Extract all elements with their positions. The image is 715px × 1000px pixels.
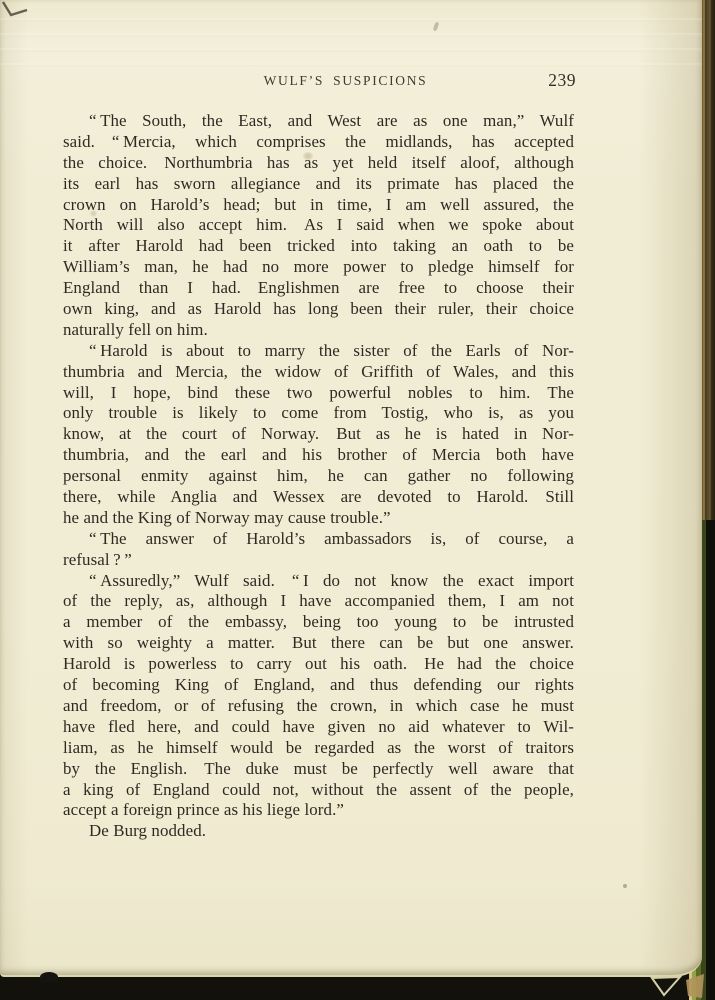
text-line: liam, as he himself would be regarded as… bbox=[63, 738, 574, 759]
text-line: “ Assuredly,” Wulf said. “ I do not know… bbox=[63, 571, 574, 592]
text-line: its earl has sworn allegiance and its pr… bbox=[63, 174, 574, 195]
page-corner-fold bbox=[630, 950, 715, 1000]
text-line: thumbria and Mercia, the widow of Griffi… bbox=[63, 362, 574, 383]
text-line: it after Harold had been tricked into ta… bbox=[63, 236, 574, 257]
text-line: personal enmity against him, he can gath… bbox=[63, 466, 574, 487]
text-line: “ The South, the East, and West are as o… bbox=[63, 111, 574, 132]
text-line: and freedom, or of refusing the crown, i… bbox=[63, 696, 574, 717]
text-line: De Burg nodded. bbox=[63, 821, 574, 842]
text-line: only trouble is likely to come from Tost… bbox=[63, 403, 574, 424]
text-line: of becoming King of England, and thus de… bbox=[63, 675, 574, 696]
text-block: “ The South, the East, and West are as o… bbox=[63, 111, 574, 842]
text-line: “ Harold is about to marry the sister of… bbox=[63, 341, 574, 362]
text-line: will, I hope, bind these two powerful no… bbox=[63, 383, 574, 404]
text-line: own king, and as Harold has long been th… bbox=[63, 299, 574, 320]
scan-smudge bbox=[623, 884, 627, 888]
running-title: WULF’S SUSPICIONS bbox=[264, 73, 428, 89]
text-line: of the reply, as, although I have accomp… bbox=[63, 591, 574, 612]
text-line: crown on Harold’s head; but in time, I a… bbox=[63, 195, 574, 216]
text-line: naturally fell on him. bbox=[63, 320, 574, 341]
text-line: a king of England could not, without the… bbox=[63, 780, 574, 801]
text-line: said. “ Mercia, which comprises the midl… bbox=[63, 132, 574, 153]
text-line: accept a foreign prince as his liege lor… bbox=[63, 800, 574, 821]
bottom-edge-notch bbox=[40, 972, 58, 982]
text-line: thumbria, and the earl and his brother o… bbox=[63, 445, 574, 466]
page-header: WULF’S SUSPICIONS 239 bbox=[63, 70, 576, 94]
page-number: 239 bbox=[548, 70, 576, 91]
text-line: the choice. Northumbria has as yet held … bbox=[63, 153, 574, 174]
scan-smudge bbox=[433, 22, 440, 32]
text-line: with so weighty a matter. But there can … bbox=[63, 633, 574, 654]
book-page: WULF’S SUSPICIONS 239 “ The South, the E… bbox=[0, 0, 702, 977]
corner-scan-artifact bbox=[0, 0, 34, 22]
text-line: a member of the embassy, being too young… bbox=[63, 612, 574, 633]
text-line: William’s man, he had no more power to p… bbox=[63, 257, 574, 278]
text-line: know, at the court of Norway. But as he … bbox=[63, 424, 574, 445]
text-line: England than I had. Englishmen are free … bbox=[63, 278, 574, 299]
scanned-book-photo: { "header": { "running_title": "WULF\u20… bbox=[0, 0, 715, 1000]
text-line: have fled here, and could have given no … bbox=[63, 717, 574, 738]
text-line: “ The answer of Harold’s ambassadors is,… bbox=[63, 529, 574, 550]
text-line: Harold is powerless to carry out his oat… bbox=[63, 654, 574, 675]
text-line: by the English. The duke must be perfect… bbox=[63, 759, 574, 780]
text-line: refusal ? ” bbox=[63, 550, 574, 571]
text-line: there, while Anglia and Wessex are devot… bbox=[63, 487, 574, 508]
text-line: he and the King of Norway may cause trou… bbox=[63, 508, 574, 529]
text-line: North will also accept him. As I said wh… bbox=[63, 215, 574, 236]
